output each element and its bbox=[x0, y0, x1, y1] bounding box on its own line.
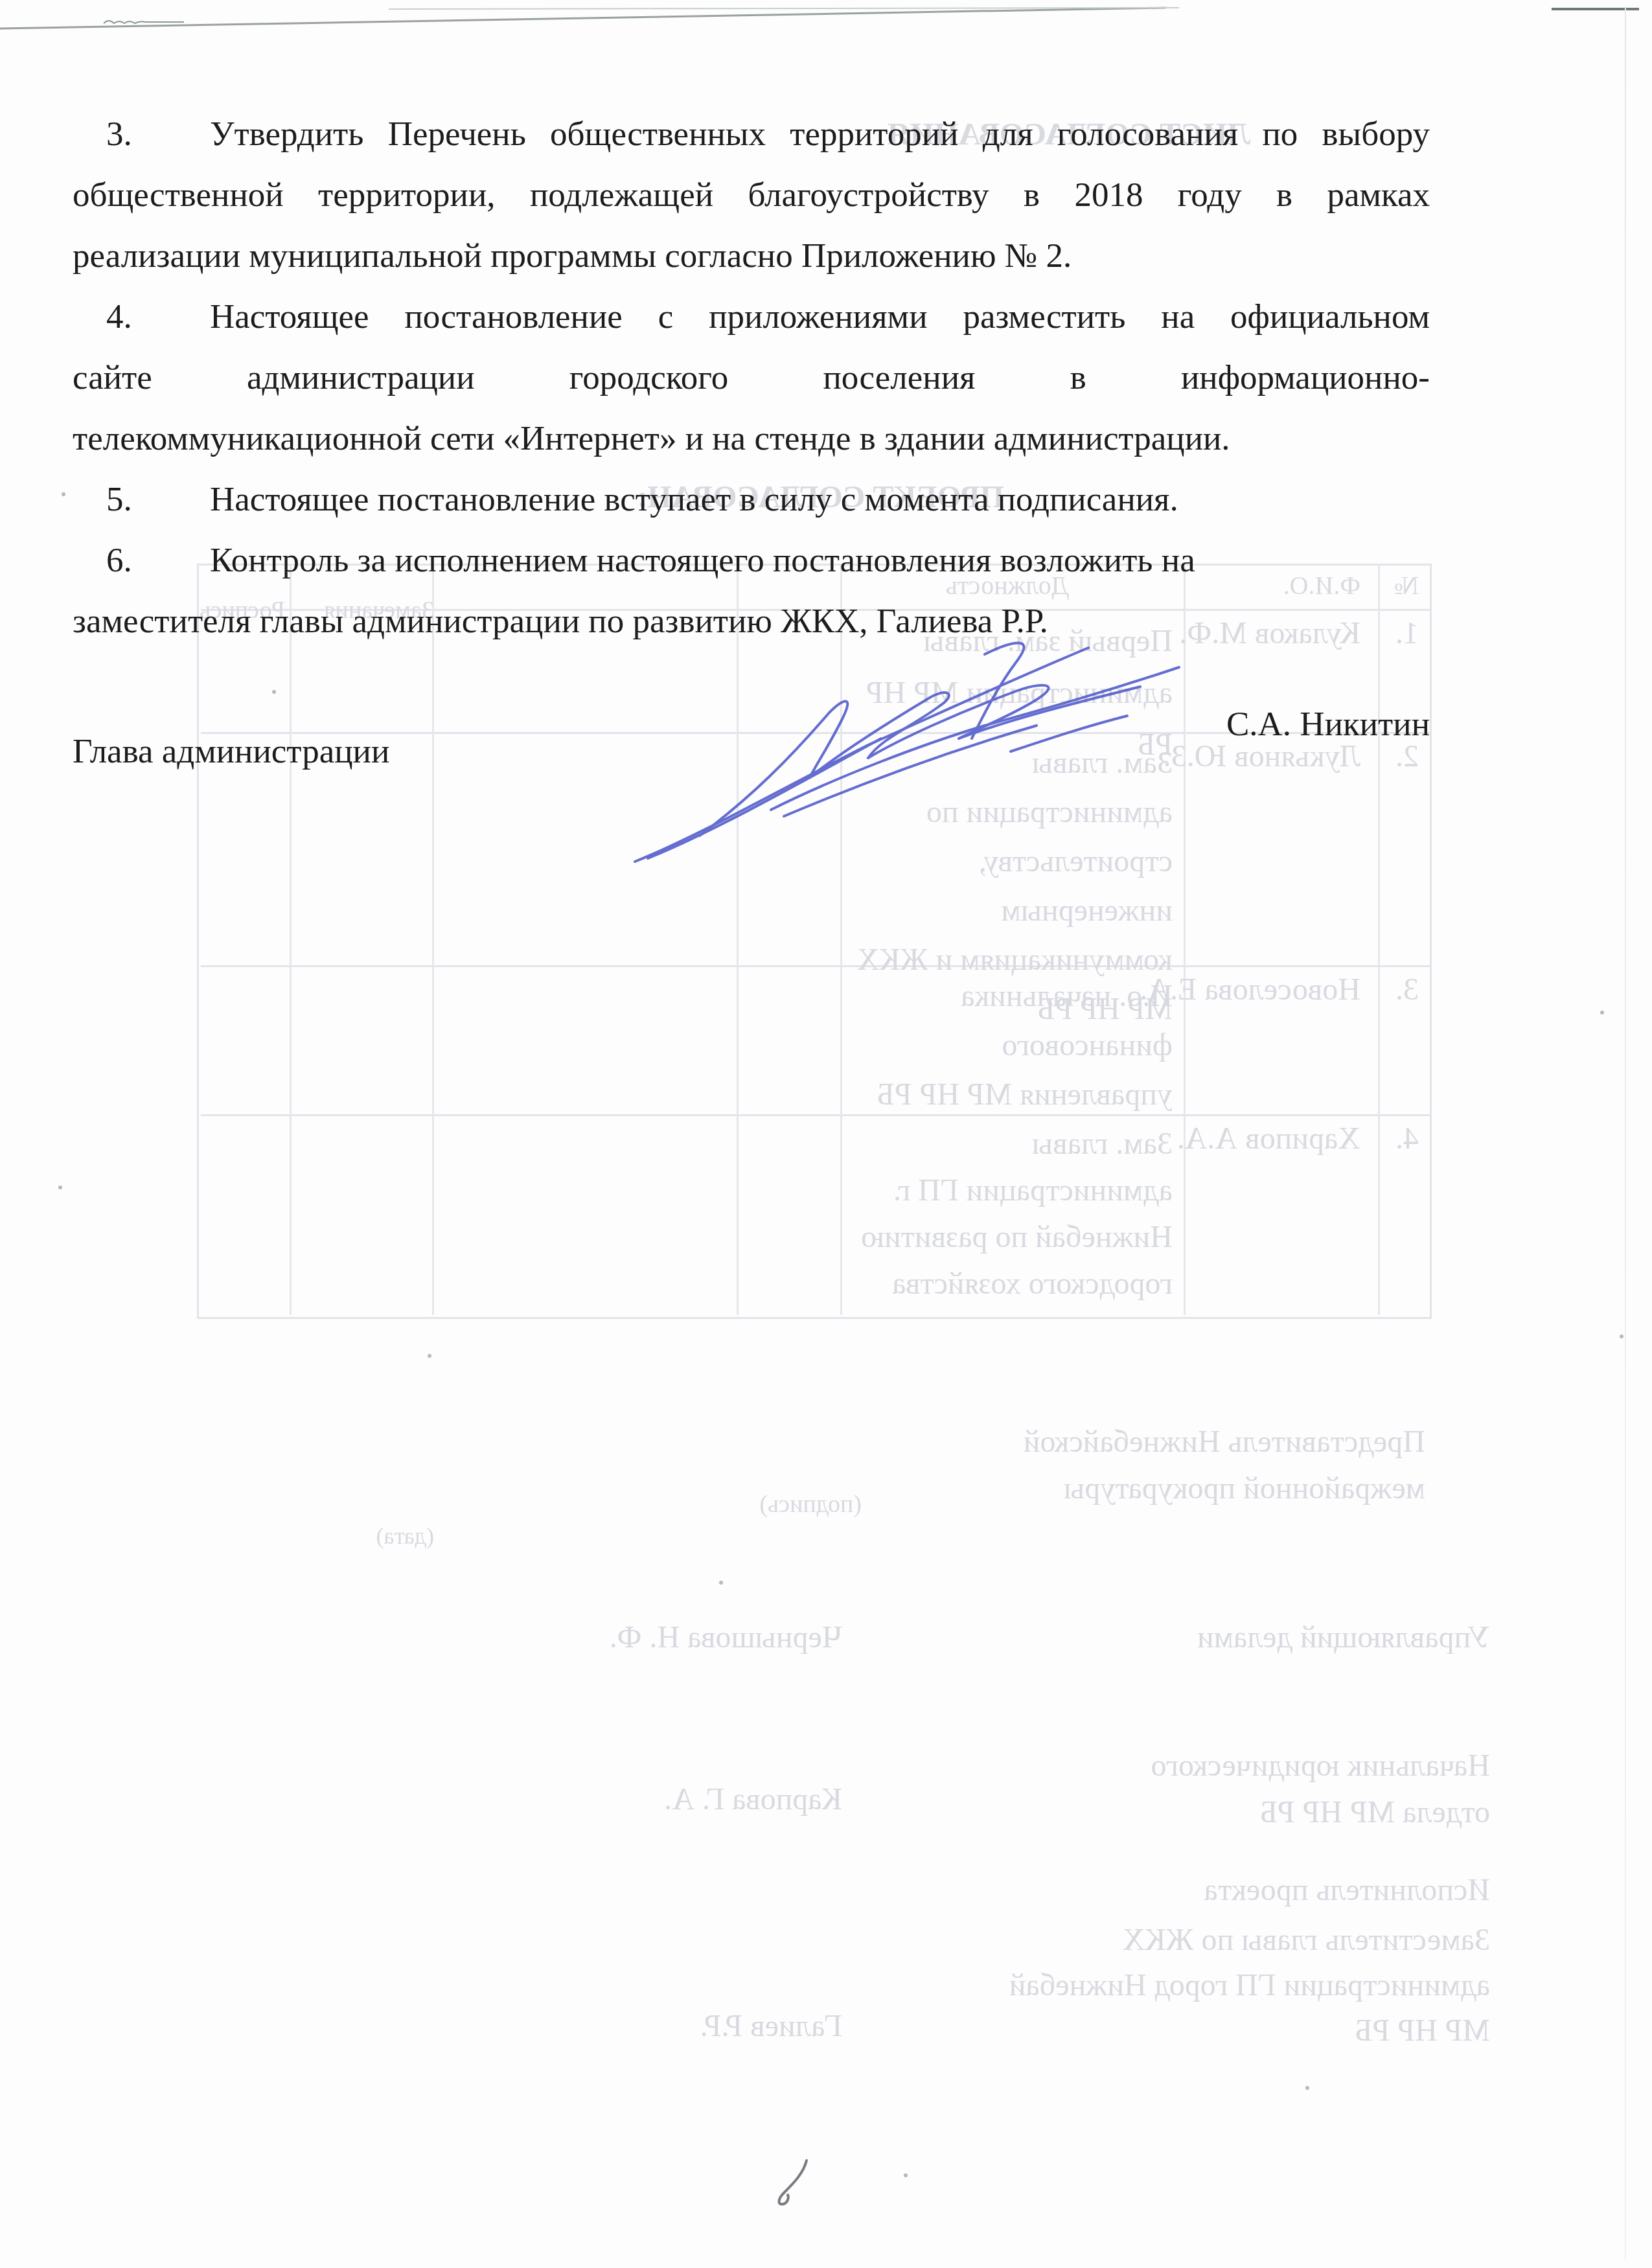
bleed-table-rule bbox=[201, 965, 1432, 967]
bleed-cell: Харипов А.А. bbox=[1177, 1121, 1360, 1156]
bleed-cell: И.о. начальника финансового управления М… bbox=[849, 972, 1173, 1119]
bleed-footer: Карпова Г. А. bbox=[664, 1781, 842, 1817]
decree-item-6: 6.Контроль за исполнением настоящего пос… bbox=[73, 530, 1430, 591]
item-text-line: заместителя главы администрации по разви… bbox=[73, 602, 1048, 640]
decree-item-4-cont: телекоммуникационной сети «Интернет» и н… bbox=[73, 408, 1430, 469]
decree-body: 3.Утвердить Перечень общественных террит… bbox=[73, 104, 1430, 652]
bleed-footer: Представитель Нижнебайской межрайонной п… bbox=[972, 1419, 1425, 1512]
bleed-cell: Лукьянов Ю.З. bbox=[1164, 739, 1360, 774]
bleed-footer: (подпись) bbox=[759, 1490, 862, 1518]
bleed-footer: Управляющий делами bbox=[1197, 1620, 1490, 1655]
decree-item-4: 4.Настоящее постановление с приложениями… bbox=[73, 286, 1430, 347]
bleed-cell: 4. bbox=[1395, 1121, 1419, 1156]
bleed-table-rule bbox=[1378, 564, 1380, 1315]
bleed-cell: 2. bbox=[1395, 739, 1419, 774]
handwritten-signature-icon bbox=[622, 641, 1192, 875]
bleed-table-rule bbox=[432, 564, 434, 1315]
bleed-footer: Чернышова Н. Ф. bbox=[610, 1620, 842, 1655]
signer-name: С.А. Никитин bbox=[1226, 705, 1430, 744]
bleed-cell: 3. bbox=[1395, 972, 1419, 1007]
bleed-footer: Галиев Р.Р. bbox=[700, 2008, 842, 2044]
item-number: 3. bbox=[73, 104, 210, 165]
item-text-line: телекоммуникационной сети «Интернет» и н… bbox=[73, 420, 1230, 457]
item-text-line: Утвердить Перечень общественных территор… bbox=[210, 115, 1430, 153]
scan-edge-right bbox=[1625, 6, 1626, 2261]
bleed-footer: (дата) bbox=[376, 1522, 435, 1550]
decree-item-3-cont: реализации муниципальной программы согла… bbox=[73, 225, 1430, 286]
item-number: 4. bbox=[73, 286, 210, 347]
item-number: 6. bbox=[73, 530, 210, 591]
bleed-table-rule bbox=[290, 564, 292, 1315]
pencil-mark-icon bbox=[771, 2157, 816, 2209]
signer-position-title: Глава администрации bbox=[73, 732, 389, 771]
item-text-line: Настоящее постановление с приложениями р… bbox=[210, 298, 1430, 336]
bleed-footer: Начальник юридического отдела МР НР РБ bbox=[1075, 1743, 1490, 1836]
bleed-cell: Зам. главы администрации ГП г. Нижнебай … bbox=[849, 1121, 1173, 1307]
scanned-page: ЛИСТ СОГЛАСОВАНИЯ ПРОЕКТ СОГЛАСОВАН: № Ф… bbox=[0, 0, 1652, 2268]
item-number: 5. bbox=[73, 469, 210, 530]
bleed-footer: Исполнитель проекта bbox=[1204, 1872, 1490, 1908]
item-text-line: сайте администрации городского поселения… bbox=[73, 359, 1430, 396]
decree-item-3: 3.Утвердить Перечень общественных террит… bbox=[73, 104, 1430, 165]
decree-item-3-cont: общественной территории, подлежащей благ… bbox=[73, 165, 1430, 225]
item-text-line: Настоящее постановление вступает в силу … bbox=[210, 481, 1178, 518]
scan-edge-artifact bbox=[0, 0, 1652, 39]
bleed-footer: Заместитель главы по ЖКХ администрации Г… bbox=[972, 1918, 1490, 2054]
item-text-line: Контроль за исполнением настоящего поста… bbox=[210, 542, 1195, 579]
item-text-line: общественной территории, подлежащей благ… bbox=[73, 176, 1430, 214]
decree-item-5: 5.Настоящее постановление вступает в сил… bbox=[73, 469, 1430, 530]
decree-item-4-cont: сайте администрации городского поселения… bbox=[73, 347, 1430, 408]
bleed-table-rule bbox=[201, 1114, 1432, 1116]
item-text-line: реализации муниципальной программы согла… bbox=[73, 237, 1072, 275]
bleed-cell: Новоселова Е.А. bbox=[1140, 972, 1360, 1007]
